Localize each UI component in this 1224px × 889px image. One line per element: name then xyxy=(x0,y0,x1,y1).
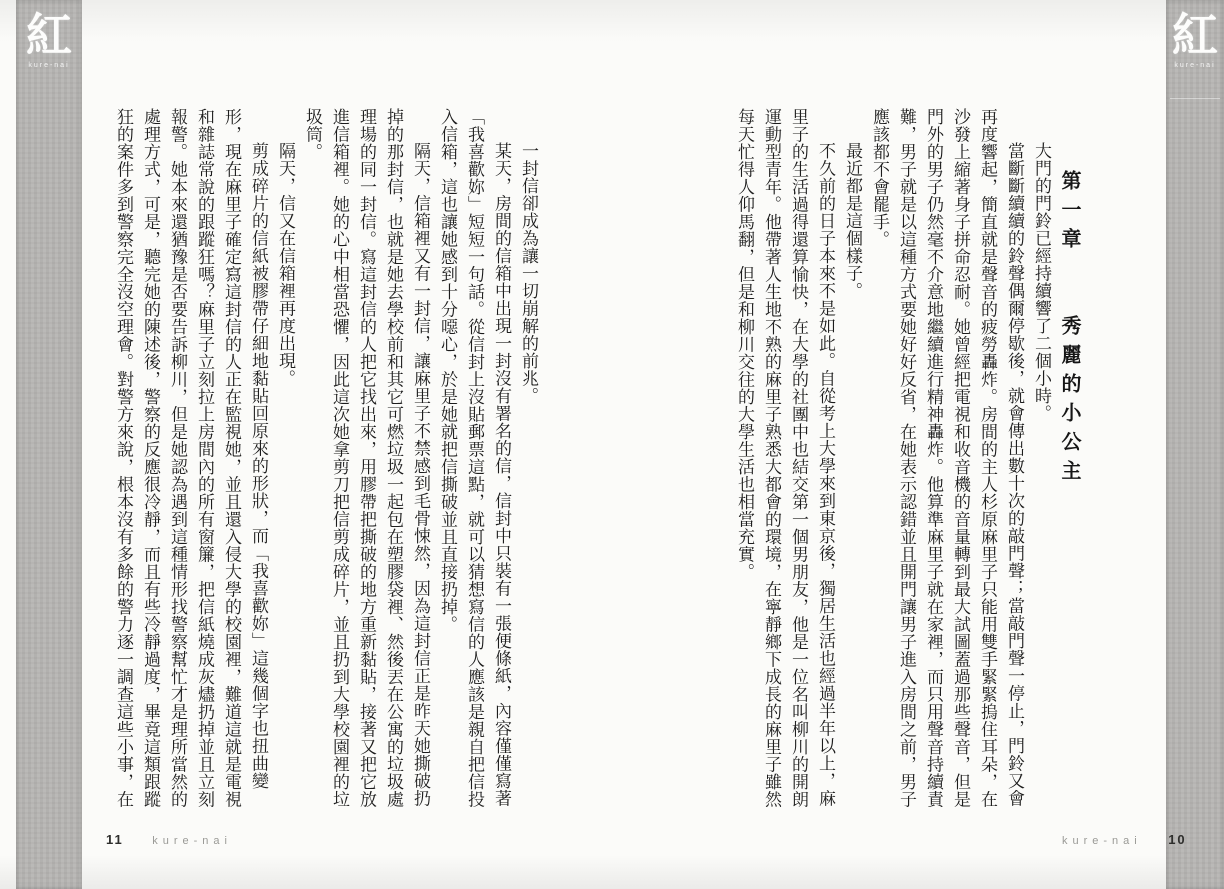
body-paragraph: 不久前的日子本來不是如此。自從考上大學來到東京後，獨居生活也經過半年以上，麻里子… xyxy=(731,108,839,810)
right-page-footer: kure-nai 10 xyxy=(1062,831,1187,849)
brand-footer: kure-nai xyxy=(152,835,232,847)
body-paragraph: 隔天，信箱裡又有一封信，讓麻里子不禁感到毛骨悚然，因為這封信正是昨天她撕破扔掉的… xyxy=(299,108,434,810)
scan-shadow-bottom xyxy=(0,855,1224,889)
left-page-body: 一封信卻成為讓一切崩解的前兆。 某天，房間的信箱中出現一封沒有署名的信，信封中只… xyxy=(100,108,542,810)
banner-divider-line xyxy=(1170,98,1220,99)
right-page-body: 第一章 秀麗的小公主 大門的門鈴已經持續響了二個小時。 當斷斷續續的鈴聲偶爾停歇… xyxy=(700,108,1128,810)
kurenai-romaji-label: kure-nai xyxy=(1166,62,1224,69)
body-paragraph: 某天，房間的信箱中出現一封沒有署名的信，信封中只裝有一張便條紙，內容僅僅寫著「我… xyxy=(434,108,515,810)
kurenai-logo-left: 紅 kure-nai xyxy=(16,4,82,69)
kurenai-kanji-logo: 紅 xyxy=(16,4,82,68)
kurenai-logo-right: 紅 kure-nai xyxy=(1166,4,1224,69)
body-paragraph: 大門的門鈴已經持續響了二個小時。 xyxy=(1028,108,1055,810)
body-paragraph: 隔天，信又在信箱裡再度出現。 xyxy=(272,108,299,810)
left-page-footer: 11 kure-nai xyxy=(106,831,232,849)
body-paragraph: 當斷斷續續的鈴聲偶爾停歇後，就會傳出數十次的敲門聲；當敲門聲一停止，門鈴又會再度… xyxy=(866,108,1028,810)
brand-footer: kure-nai xyxy=(1062,835,1142,847)
body-paragraph: 一封信卻成為讓一切崩解的前兆。 xyxy=(515,108,542,810)
scan-shadow-top xyxy=(0,0,1224,42)
kurenai-kanji-logo: 紅 xyxy=(1166,4,1224,68)
right-edge-banner: 紅 kure-nai xyxy=(1166,0,1224,889)
page-number-left: 11 xyxy=(106,832,124,847)
page-number-right: 10 xyxy=(1168,832,1186,847)
body-paragraph: 最近都是這個樣子。 xyxy=(839,108,866,810)
left-edge-banner: 紅 kure-nai xyxy=(16,0,82,889)
body-paragraph: 剪成碎片的信紙被膠帶仔細地黏貼回原來的形狀，而「我喜歡妳」這幾個字也扭曲變形，現… xyxy=(110,108,272,810)
chapter-title: 第一章 秀麗的小公主 xyxy=(1055,108,1082,810)
